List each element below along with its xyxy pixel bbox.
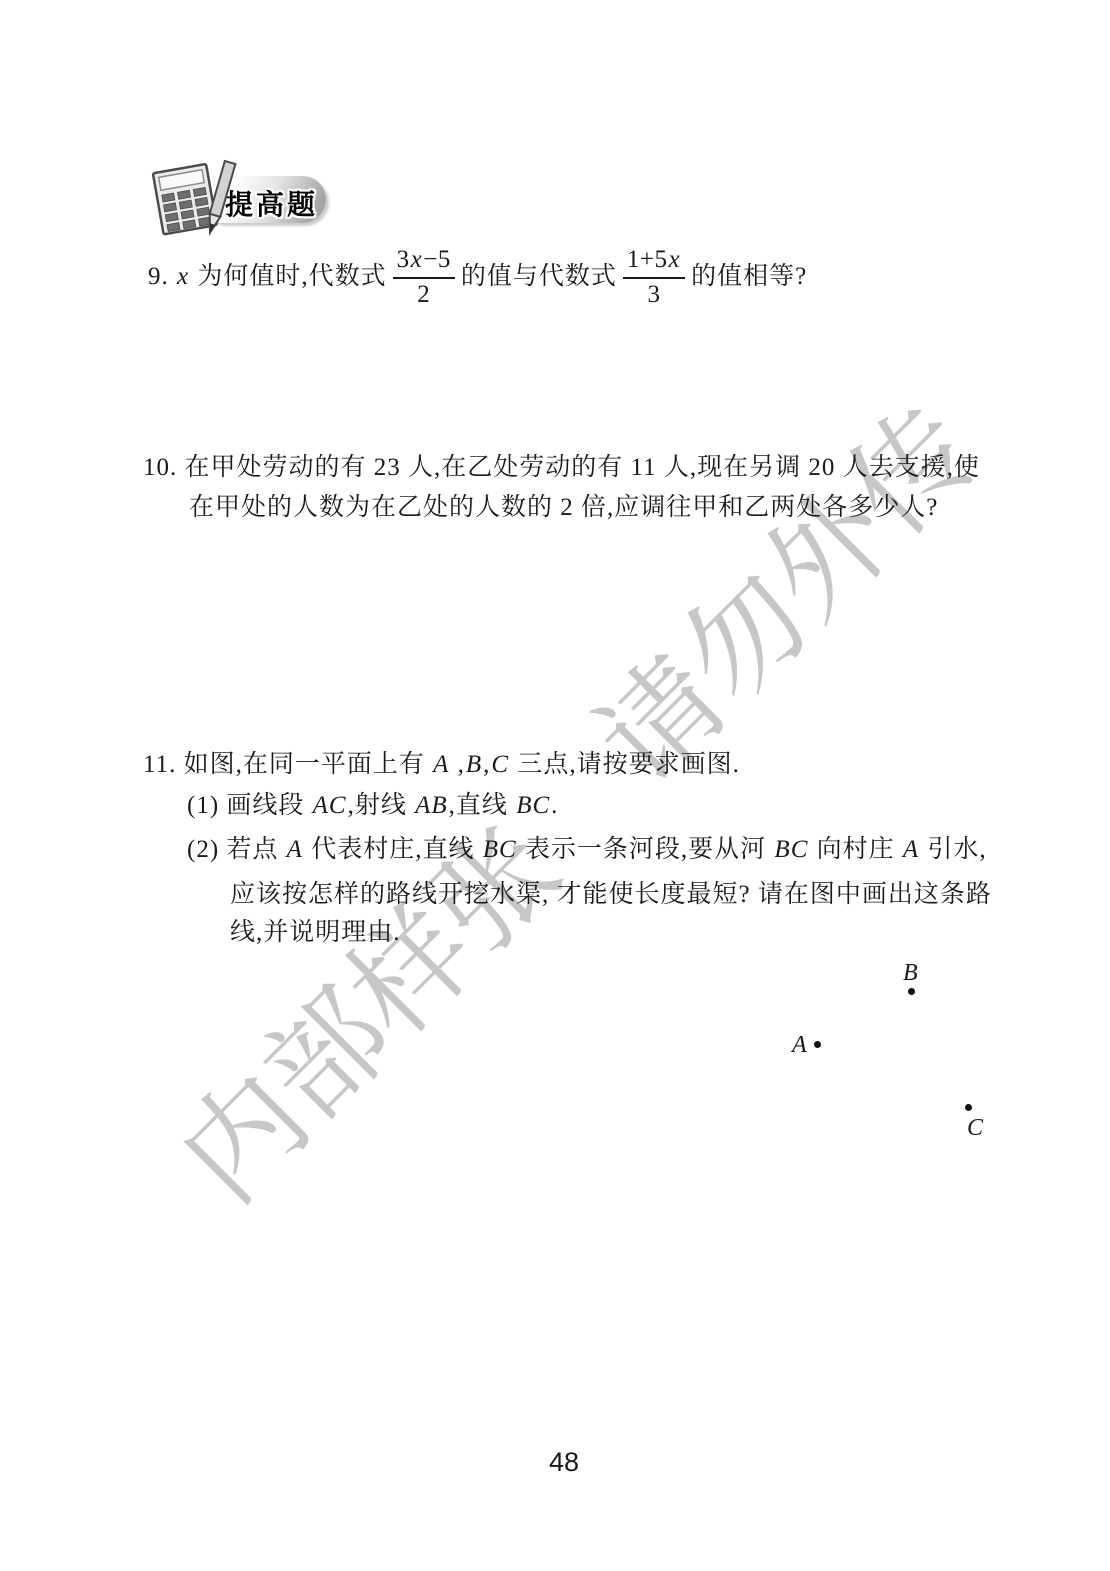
textbook-page: 内部样张 请勿外传 提高题 9. x 为何值时,: [0, 0, 1110, 1571]
section-badge: 提高题: [146, 156, 366, 248]
question-11-sub-2-line-3: 线,并说明理由.: [230, 916, 401, 950]
question-9: 9. x 为何值时,代数式 3x−5 2 的值与代数式 1+5x 3 的值相等?: [148, 239, 807, 315]
q9-fraction-1: 3x−5 2: [393, 246, 455, 309]
point-label-b: B: [903, 958, 918, 988]
q9-fraction-1-denominator: 2: [417, 279, 430, 309]
question-11-sub-2-line-2: 应该按怎样的路线开挖水渠, 才能使长度最短? 请在图中画出这条路: [230, 878, 992, 912]
q9-fraction-2-numerator: 1+5x: [623, 246, 685, 279]
question-11-sub-1: (1) 画线段 AC,射线 AB,直线 BC.: [187, 789, 558, 823]
point-dot-b: [908, 988, 915, 995]
q9-text-post: 的值相等?: [691, 260, 807, 294]
q9-text-pre: 9. x 为何值时,代数式: [148, 260, 387, 294]
point-dot-a: [814, 1041, 821, 1048]
q9-fraction-1-numerator: 3x−5: [393, 246, 455, 279]
point-dot-c: [965, 1104, 972, 1111]
calculator-pencil-icon: [146, 156, 238, 244]
page-number: 48: [540, 1447, 588, 1478]
question-11-line-1: 11. 如图,在同一平面上有 A ,B,C 三点,请按要求画图.: [143, 748, 740, 782]
question-10-line-2: 在甲处的人数为在乙处的人数的 2 倍,应调往甲和乙两处各多少人?: [189, 491, 938, 525]
question-11-sub-2-line-1: (2) 若点 A 代表村庄,直线 BC 表示一条河段,要从河 BC 向村庄 A …: [187, 833, 987, 867]
q9-fraction-2: 1+5x 3: [623, 246, 685, 309]
point-label-c: C: [967, 1113, 983, 1143]
q9-text-mid: 的值与代数式: [461, 260, 617, 294]
section-badge-label: 提高题: [225, 183, 318, 223]
point-label-a: A: [792, 1030, 807, 1060]
question-10-line-1: 10. 在甲处劳动的有 23 人,在乙处劳动的有 11 人,现在另调 20 人去…: [143, 451, 980, 485]
q9-fraction-2-denominator: 3: [647, 279, 660, 309]
